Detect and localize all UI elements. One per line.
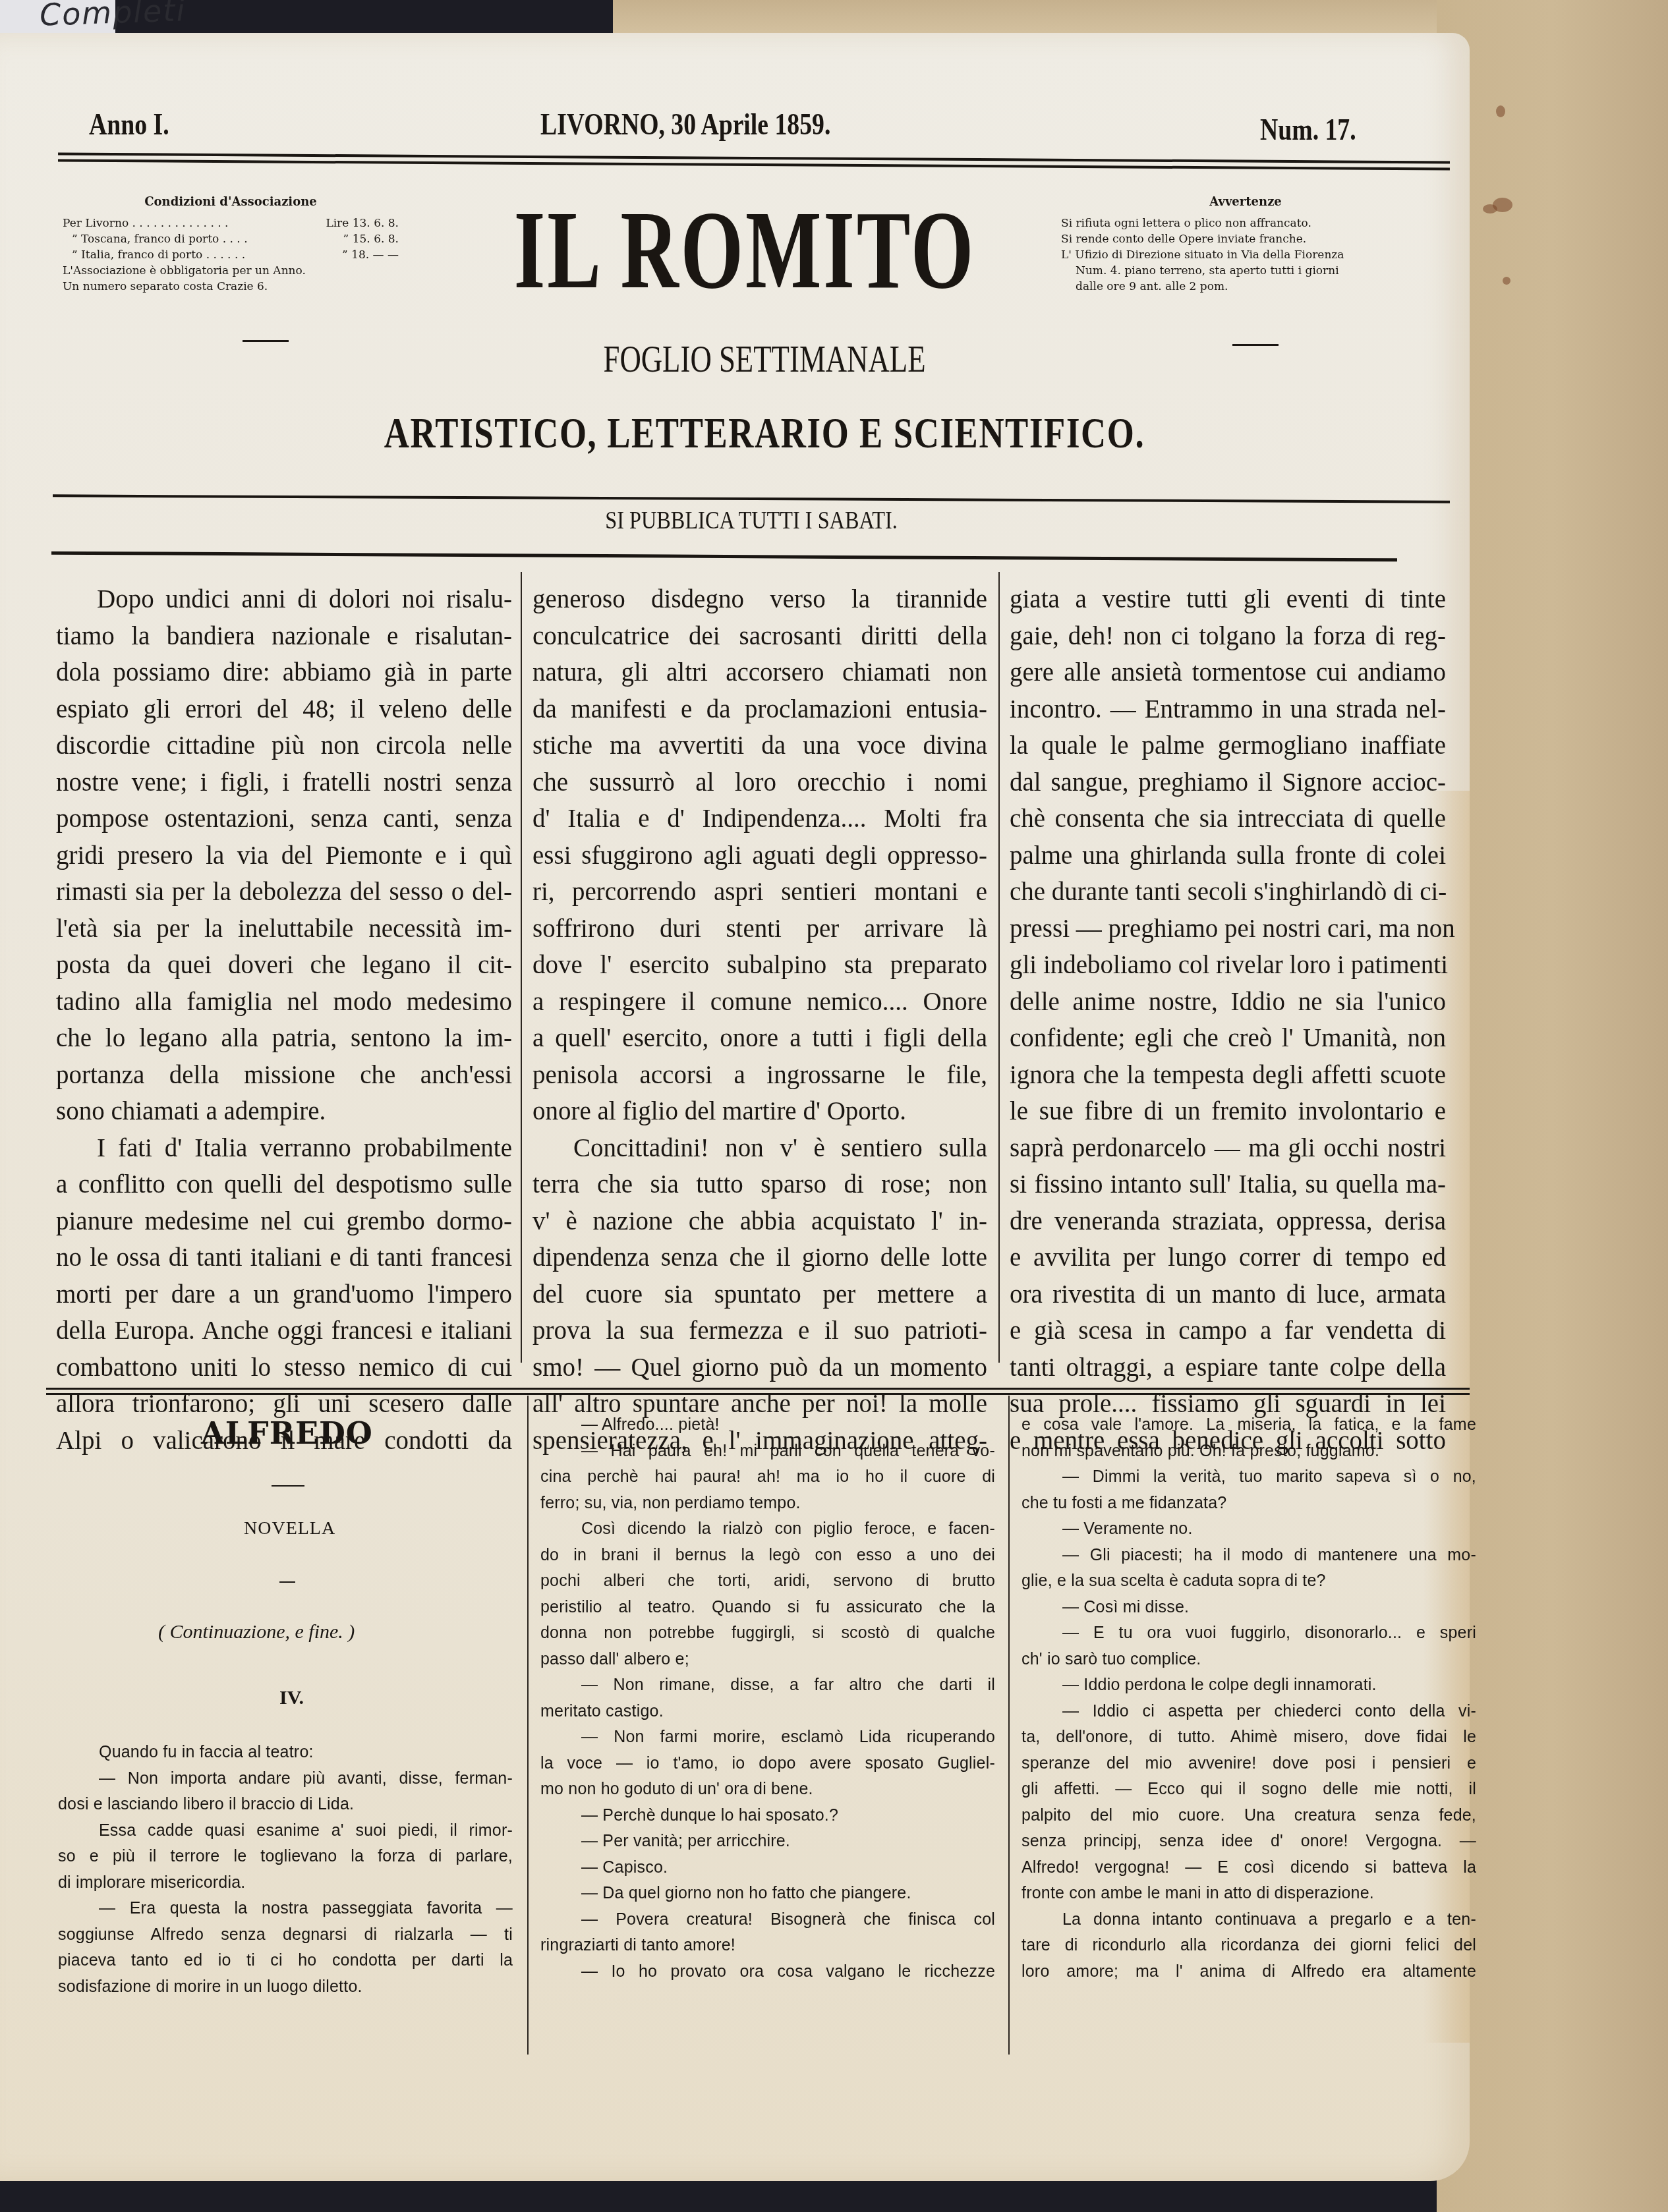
text-line: dre veneranda straziata, oppressa, deris… (1010, 1203, 1446, 1240)
text-line: a respingere il comune nemico.... Onore (532, 984, 987, 1021)
price-row: Per Livorno . . . . . . . . . . . . . . … (63, 215, 399, 231)
column-divider (521, 572, 522, 1363)
text-line: che sussurrò al loro orecchio i nomi (532, 764, 987, 801)
text-line: essi sfuggirono agli aguati degli oppres… (532, 837, 987, 874)
text-line: si fissino intanto sull' Italia, su quel… (1010, 1166, 1446, 1203)
text-line: ignora che la tempesta degli affetti scu… (1010, 1057, 1446, 1094)
text-line: nostre vene; i figli, i fratelli nostri … (56, 764, 512, 801)
text-line: — Gli piacesti; ha il modo di mantenere … (1021, 1543, 1476, 1569)
text-line: incontro. — Entrammo in una strada nel- (1010, 691, 1446, 728)
text-line: Essa cadde quasi esanime a' suoi piedi, … (58, 1818, 513, 1844)
text-line: stiche ma avvertiti da una voce divina (532, 727, 987, 764)
text-line: do in brani il bernus la legò con esso a… (540, 1543, 995, 1569)
text-line: cina perchè hai paura! ah! ma io ho il c… (540, 1464, 995, 1490)
text-line: la quale le palme germogliano inaffiate (1010, 727, 1446, 764)
text-line: tiamo la bandiera nazionale e risalutan- (56, 618, 512, 655)
text-line: — Per vanità; per arricchire. (540, 1829, 995, 1855)
text-line: non mi spaventano più. Oh! fa presto, fu… (1021, 1438, 1476, 1465)
text-line: tadino alla famiglia nel modo medesimo (56, 984, 512, 1021)
text-line: pressi — preghiamo pei nostri cari, ma n… (1010, 911, 1446, 948)
text-line: soffrirono duri stenti per arrivare là (532, 911, 987, 948)
text-line: — Hai paura eh! mi parli con quella tene… (540, 1438, 995, 1465)
text-line: Quando fu in faccia al teatro: (58, 1740, 513, 1766)
text-line: terra che sia tutto sparso di rose; non (532, 1166, 987, 1203)
text-line: discordie cittadine più non circola nell… (56, 727, 512, 764)
price-currency: ” (343, 233, 349, 246)
text-line: ora rivestita di un manto di luce, armat… (1010, 1276, 1446, 1313)
text-line: so e più il terrore le toglievano la for… (58, 1844, 513, 1870)
notice-line: Si rifiuta ogni lettera o plico non affr… (1061, 215, 1430, 231)
text-line: a quell' esercito, onore a tutti i figli… (532, 1020, 987, 1057)
notice-line: Si rende conto delle Opere inviate franc… (1061, 231, 1430, 247)
text-line: — Povera creatura! Bisognerà che finisca… (540, 1907, 995, 1933)
text-line: delle anime nostre, Iddio ne sia l'unico (1010, 984, 1446, 1021)
text-line: donna non potrebbe fuggirgli, si scostò … (540, 1620, 995, 1647)
ornament-dash (243, 340, 289, 342)
text-line: della Europa. Anche oggi francesi e ital… (56, 1313, 512, 1349)
text-line: di implorare misericordia. (58, 1870, 513, 1896)
text-line: — Non farmi morire, esclamò Lida ricuper… (540, 1724, 995, 1751)
text-line: — Veramente no. (1021, 1516, 1476, 1543)
column-divider (1008, 1396, 1010, 2055)
notice-line: L' Ufizio di Direzione situato in Via de… (1061, 247, 1430, 263)
text-line: e già scesa in campo a far vendetta di (1010, 1313, 1446, 1349)
text-line: palme una ghirlanda sulla fronte di cole… (1010, 837, 1446, 874)
stain-mark (1493, 198, 1512, 212)
notices-box: Avvertenze Si rifiuta ogni lettera o pli… (1061, 195, 1430, 295)
text-line: tanti oltraggi, a espiare tante colpe de… (1010, 1349, 1446, 1386)
text-line: pompose ostentazioni, senza canti, senza (56, 801, 512, 837)
text-line: — Iddio perdona le colpe degli innamorat… (1021, 1672, 1476, 1699)
text-line: a conflitto con quelli del despotismo su… (56, 1166, 512, 1203)
text-line: che lo legano alla patria, sentono la im… (56, 1020, 512, 1057)
text-line: la voce — io t'amo, io dopo avere sposat… (540, 1751, 995, 1777)
text-line: espiato gli errori del 48; il veleno del… (56, 691, 512, 728)
text-line: ferro; su, via, non perdiamo tempo. (540, 1490, 995, 1517)
text-line: natura, gli altri accorsero chiamati non (532, 654, 987, 691)
text-line: penisola accorsi a ingrossarne le file, (532, 1057, 987, 1094)
text-line: gere alle ansietà tormentose cui andiamo (1010, 654, 1446, 691)
text-line: gridi presero la via del Piemonte e i qu… (56, 837, 512, 874)
text-line: combattono uniti lo stesso nemico di cui (56, 1349, 512, 1386)
price-value: 18. — — (351, 248, 399, 262)
text-line: — E tu ora vuoi fuggirlo, disonorarlo...… (1021, 1620, 1476, 1647)
chapter-number: IV. (279, 1687, 304, 1709)
stain-mark (1503, 277, 1510, 285)
text-line: Dopo undici anni di dolori noi risalu- (56, 581, 512, 618)
text-line: tare di ricondurlo alla ricordanza dei g… (1021, 1933, 1476, 1959)
text-line: portanza della missione che anch'essi (56, 1057, 512, 1094)
price-row: ” Italia, franco di porto . . . . . . ” … (63, 247, 399, 263)
text-line: — Non importa andare più avanti, disse, … (58, 1766, 513, 1792)
text-line: — Da quel giorno non ho fatto che piange… (540, 1881, 995, 1907)
editorial-column-1: Dopo undici anni di dolori noi risalu-ti… (56, 581, 512, 1459)
year-label: Anno I. (89, 107, 169, 142)
text-line: — Iddio ci aspetta per chiederci conto d… (1021, 1699, 1476, 1725)
novella-continuation: ( Continuazione, e fine. ) (158, 1621, 355, 1643)
text-line: ringraziarti di tanto amore! (540, 1933, 995, 1959)
text-line: e avvilita per lungo correr di tempo ed (1010, 1239, 1446, 1276)
text-line: del cuore sia spuntato per mettere a (532, 1276, 987, 1313)
text-line: sono chiamati a adempire. (56, 1093, 512, 1130)
text-line: prova la sua fermezza e il suo patrioti- (532, 1313, 987, 1349)
subscription-box: Condizioni d'Associazione Per Livorno . … (63, 195, 399, 295)
text-line: morti per dare a un grand'uomo l'impero (56, 1276, 512, 1313)
text-line: v' è nazione che abbia acquistato l' in- (532, 1203, 987, 1240)
ornament-dash (1232, 344, 1279, 346)
price-label: ” Toscana, franco di porto . . . . (72, 231, 248, 247)
text-line: ch' io sarò tuo complice. (1021, 1647, 1476, 1673)
issue-number: Num. 17. (1260, 112, 1356, 147)
text-line: ri, percorrendo aspri sentieri montani e (532, 874, 987, 911)
price-label: ” Italia, franco di porto . . . . . . (72, 247, 245, 263)
price-value: 13. 6. 8. (353, 217, 399, 230)
text-line: dola possiamo dire: abbiamo già in parte (56, 654, 512, 691)
text-line: piaceva tanto ed io ti ci ho condotta pe… (58, 1948, 513, 1974)
text-line: palpito del mio cuore. Una creatura senz… (1021, 1803, 1476, 1829)
text-line: pochi alberi che torti, aridi, servono d… (540, 1568, 995, 1595)
text-line: dal sangue, preghiamo il Signore accioc- (1010, 764, 1446, 801)
text-line: chè consenta che sia intrecciata di quel… (1010, 801, 1446, 837)
text-line: confidente; egli che creò l' Umanità, no… (1010, 1020, 1446, 1057)
price-label: Per Livorno . . . . . . . . . . . . . . (63, 215, 228, 231)
novella-column-2: — Alfredo.... pietà!— Hai paura eh! mi p… (540, 1412, 995, 1985)
text-line: passo dall' albero e; (540, 1647, 995, 1673)
text-line: d' Italia e d' Indipendenza.... Molti fr… (532, 801, 987, 837)
text-line: — Io ho provato ora cosa valgano le ricc… (540, 1959, 995, 1985)
text-line: che durante tanti secoli s'inghirlandò d… (1010, 874, 1446, 911)
text-line: da manifesti e da proclamazioni entusia- (532, 691, 987, 728)
text-line: conculcatrice dei sacrosanti diritti del… (532, 618, 987, 655)
text-line: — Capisco. (540, 1855, 995, 1881)
masthead-subtitle: FOGLIO SETTIMANALE (501, 339, 1028, 381)
text-line: dosi e lasciando libero il braccio di Li… (58, 1792, 513, 1818)
price-value: 15. 6. 8. (353, 233, 399, 246)
novella-title: ALFREDO (201, 1415, 373, 1451)
stain-mark (1496, 105, 1505, 117)
ornament-dash (272, 1485, 304, 1487)
masthead-tagline: ARTISTICO, LETTERARIO E SCIENTIFICO. (237, 409, 1292, 459)
text-line: saprà perdonarcelo — ma gli occhi nostri (1010, 1130, 1446, 1167)
text-line: Concittadini! non v' è sentiero sulla (532, 1130, 987, 1167)
masthead-title: IL ROMITO (475, 186, 1016, 314)
text-line: — Non rimane, disse, a far altro che dar… (540, 1672, 995, 1699)
text-line: loro amore; ma l' anima di Alfredo era a… (1021, 1959, 1476, 1985)
dateline: LIVORNO, 30 Aprile 1859. (540, 107, 830, 142)
text-line: speranze del mio avvenire! dove posi i p… (1021, 1751, 1476, 1777)
notices-title: Avvertenze (1061, 195, 1430, 209)
text-line: dove l' esercito subalpino sta preparato (532, 947, 987, 984)
novella-separator (46, 1388, 1470, 1395)
text-line: peristilio al teatro. Quando si fu assic… (540, 1595, 995, 1621)
text-line: gli affetti. — Ecco qui il sogno delle m… (1021, 1776, 1476, 1803)
price-currency: ” (342, 248, 348, 262)
text-line: onore al figlio del martire d' Oporto. (532, 1093, 987, 1130)
text-line: generoso disdegno verso la tirannide (532, 581, 987, 618)
text-line: La donna intanto continuava a pregarlo e… (1021, 1907, 1476, 1933)
text-line: fronte con ambe le mani in atto di dispe… (1021, 1881, 1476, 1907)
text-line: smo! — Quel giorno può da un momento (532, 1349, 987, 1386)
editorial-column-3: giata a vestire tutti gli eventi di tint… (1010, 581, 1446, 1459)
single-copy-price: Un numero separato costa Crazie 6. (63, 279, 399, 295)
text-line: l'età sia per la ineluttabile necessità … (56, 911, 512, 948)
price-row: ” Toscana, franco di porto . . . . ” 15.… (63, 231, 399, 247)
text-line: senza principj, senza idee d' onore! Ver… (1021, 1829, 1476, 1855)
text-line: soggiunse Alfredo senza degnarsi di rial… (58, 1922, 513, 1948)
text-line: rimasti sia per la debolezza del sesso o… (56, 874, 512, 911)
text-line: — Dimmi la verità, tuo marito sapeva sì … (1021, 1464, 1476, 1490)
text-line: le sue fibre di un fremito involontario … (1010, 1093, 1446, 1130)
text-line: ta, dell'onore, di tutto. Ahimè misero, … (1021, 1724, 1476, 1751)
text-line: pianure medesime nel cui grembo dormo- (56, 1203, 512, 1240)
text-line: — Era questa la nostra passeggiata favor… (58, 1896, 513, 1922)
subscription-note: L'Associazione è obbligatoria per un Ann… (63, 263, 399, 279)
text-line: no le ossa di tanti italiani e di tanti … (56, 1239, 512, 1276)
archive-label: Completi (0, 0, 115, 36)
handwritten-note: Completi (39, 0, 187, 33)
column-divider (527, 1396, 529, 2055)
text-line: e cosa vale l'amore. La miseria, la fati… (1021, 1412, 1476, 1438)
novella-genre: NOVELLA (244, 1518, 335, 1539)
text-line: glie, e la sua scelta è caduta sopra di … (1021, 1568, 1476, 1595)
publication-frequency: SI PUBBLICA TUTTI I SABATI. (538, 506, 964, 535)
novella-column-3: e cosa vale l'amore. La miseria, la fati… (1021, 1412, 1476, 1985)
editorial-column-2: generoso disdegno verso la tirannideconc… (532, 581, 987, 1459)
subscription-title: Condizioni d'Associazione (63, 195, 399, 209)
text-line: mo non ho goduto di un' ora di bene. (540, 1776, 995, 1803)
text-line: Così dicendo la rialzò con piglio feroce… (540, 1516, 995, 1543)
text-line: che tu fosti a me fidanzata? (1021, 1490, 1476, 1517)
text-line: gaie, deh! non ci tolgano la forza di re… (1010, 618, 1446, 655)
ornament-dash (279, 1581, 295, 1583)
text-line: — Alfredo.... pietà! (540, 1412, 995, 1438)
text-line: — Così mi disse. (1021, 1595, 1476, 1621)
novella-column-1: Quando fu in faccia al teatro:— Non impo… (58, 1740, 513, 2000)
price-currency: Lire (326, 217, 349, 230)
column-divider (998, 572, 1000, 1363)
text-line: I fati d' Italia verranno probabilmente (56, 1130, 512, 1167)
text-line: sodisfazione di morire in un luogo dilet… (58, 1974, 513, 2000)
text-line: posta da quei doveri che legano il cit- (56, 947, 512, 984)
text-line: meritato castigo. (540, 1699, 995, 1725)
text-line: Alfredo! vergogna! — E così dicendo si b… (1021, 1855, 1476, 1881)
text-line: — Perchè dunque lo hai sposato.? (540, 1803, 995, 1829)
notice-line: dalle ore 9 ant. alle 2 pom. (1061, 279, 1430, 295)
text-line: dipendenza senza che il giorno delle lot… (532, 1239, 987, 1276)
text-line: gli indeboliamo col rivelar loro i patim… (1010, 947, 1446, 984)
notice-line: Num. 4. piano terreno, sta aperto tutti … (1061, 263, 1430, 279)
text-line: giata a vestire tutti gli eventi di tint… (1010, 581, 1446, 618)
